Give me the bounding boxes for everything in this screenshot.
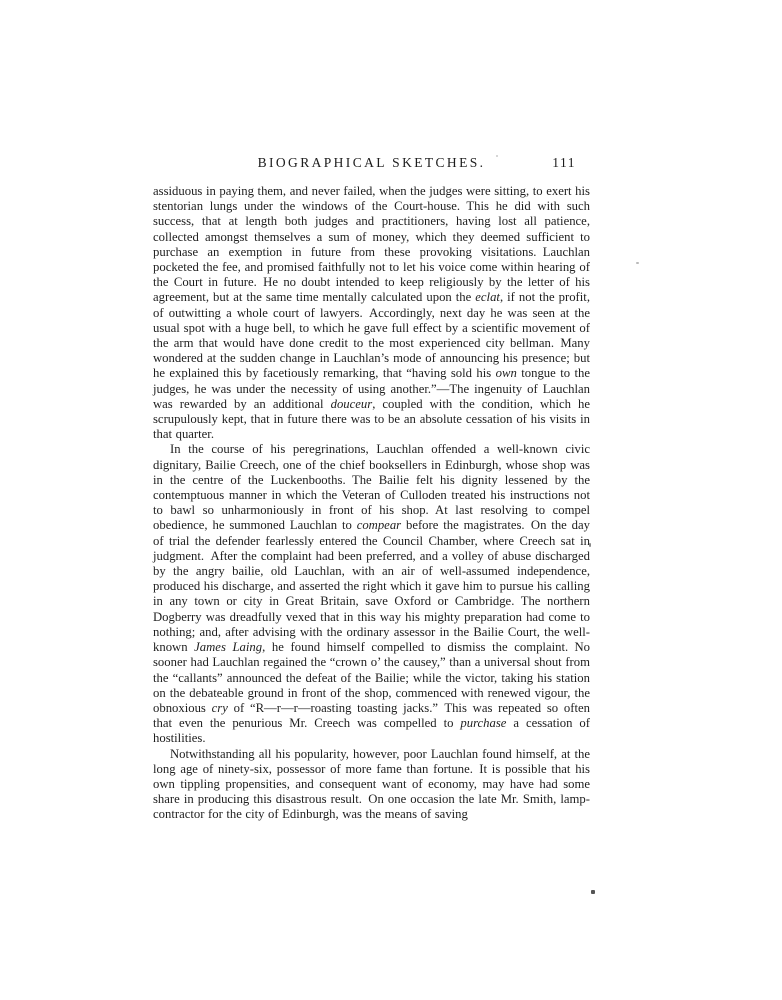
paragraph: In the course of his peregrinations, Lau…: [153, 442, 590, 746]
scan-speck: [591, 890, 595, 894]
text-run: assiduous in paying them, and never fail…: [153, 184, 590, 304]
paragraph: assiduous in paying them, and never fail…: [153, 184, 590, 442]
scan-speck: [496, 155, 498, 157]
paragraph: Notwithstanding all his popularity, howe…: [153, 747, 590, 823]
italic-text-run: own: [496, 366, 517, 380]
italic-text-run: cry: [212, 701, 228, 715]
italic-text-run: compear: [357, 518, 401, 532]
running-title: BIOGRAPHICAL SKETCHES.: [258, 155, 486, 170]
text-run: Notwithstanding all his popularity, howe…: [153, 747, 590, 822]
scan-speck: [589, 543, 591, 547]
text-run: before the magistrates. On the day of tr…: [153, 518, 590, 654]
page-body: assiduous in paying them, and never fail…: [153, 184, 590, 823]
italic-text-run: James Laing: [194, 640, 262, 654]
italic-text-run: purchase: [460, 716, 506, 730]
running-head: BIOGRAPHICAL SKETCHES. 111: [153, 155, 590, 171]
italic-text-run: eclat: [475, 290, 500, 304]
page-number: 111: [552, 155, 576, 171]
italic-text-run: douceur: [331, 397, 373, 411]
scan-speck: [636, 262, 639, 264]
book-page: BIOGRAPHICAL SKETCHES. 111 assiduous in …: [0, 0, 782, 1000]
